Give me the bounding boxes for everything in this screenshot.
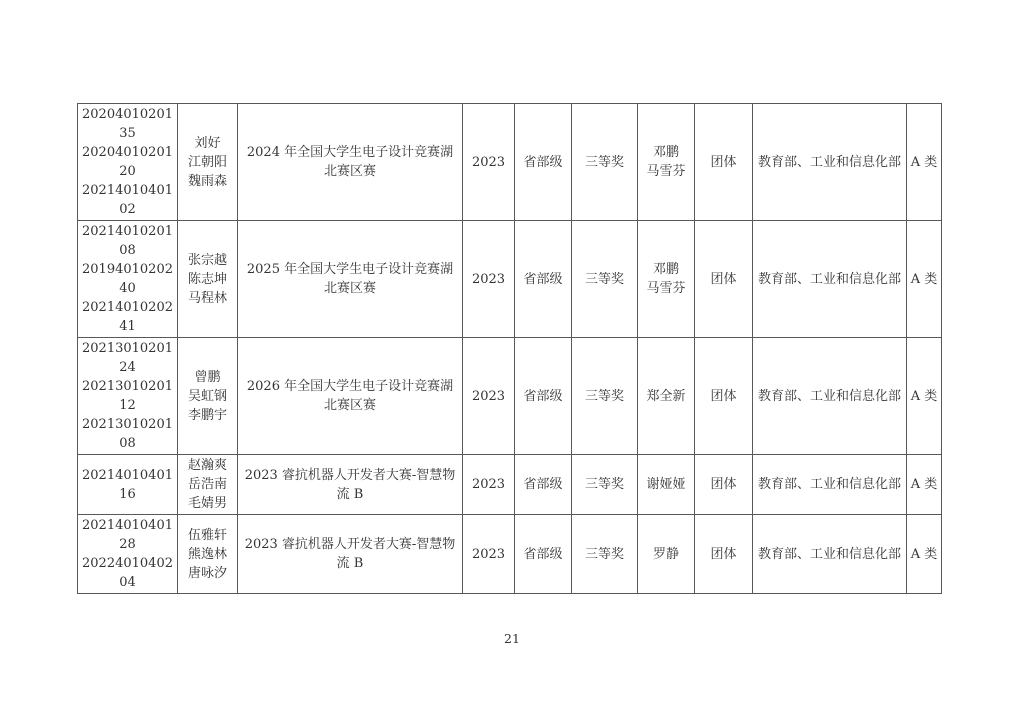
cell-organizer: 教育部、工业和信息化部 [753, 455, 907, 515]
cell-student-names: 张宗越 陈志坤 马程林 [178, 221, 238, 338]
cell-student-names: 伍雅轩 熊逸林 唐咏汐 [178, 515, 238, 594]
cell-group-type: 团体 [695, 338, 753, 455]
cell-organizer: 教育部、工业和信息化部 [753, 515, 907, 594]
cell-group-type: 团体 [695, 104, 753, 221]
cell-student-ids: 2021301020124 2021301020112 202130102010… [78, 338, 178, 455]
page-number: 21 [0, 631, 1024, 646]
cell-competition-name: 2023 睿抗机器人开发者大赛-智慧物流 B [238, 515, 463, 594]
awards-table: 2020401020135 2020401020120 202140104010… [77, 103, 942, 594]
cell-year: 2023 [463, 104, 515, 221]
cell-award: 三等奖 [572, 221, 638, 338]
cell-organizer: 教育部、工业和信息化部 [753, 104, 907, 221]
cell-competition-name: 2025 年全国大学生电子设计竞赛湖北赛区赛 [238, 221, 463, 338]
cell-year: 2023 [463, 455, 515, 515]
cell-advisors: 郑全新 [638, 338, 695, 455]
table-row: 2020401020135 2020401020120 202140104010… [78, 104, 942, 221]
cell-category: A 类 [907, 515, 942, 594]
cell-level: 省部级 [515, 338, 572, 455]
cell-advisors: 邓鹏 马雪芬 [638, 104, 695, 221]
cell-level: 省部级 [515, 221, 572, 338]
cell-group-type: 团体 [695, 515, 753, 594]
cell-advisors: 谢娅娅 [638, 455, 695, 515]
cell-award: 三等奖 [572, 338, 638, 455]
cell-student-ids: 2020401020135 2020401020120 202140104010… [78, 104, 178, 221]
cell-student-names: 曾鹏 吴虹钢 李鹏宇 [178, 338, 238, 455]
table-row: 2021401020108 2019401020240 202140102024… [78, 221, 942, 338]
cell-competition-name: 2026 年全国大学生电子设计竞赛湖北赛区赛 [238, 338, 463, 455]
document-page: 2020401020135 2020401020120 202140104010… [0, 0, 1024, 723]
cell-advisors: 邓鹏 马雪芬 [638, 221, 695, 338]
cell-level: 省部级 [515, 515, 572, 594]
cell-level: 省部级 [515, 104, 572, 221]
cell-student-names: 刘好 江朝阳 魏雨森 [178, 104, 238, 221]
table-row: 2021401040128 2022401040204 伍雅轩 熊逸林 唐咏汐 … [78, 515, 942, 594]
cell-category: A 类 [907, 104, 942, 221]
cell-organizer: 教育部、工业和信息化部 [753, 221, 907, 338]
cell-award: 三等奖 [572, 515, 638, 594]
cell-competition-name: 2024 年全国大学生电子设计竞赛湖北赛区赛 [238, 104, 463, 221]
cell-category: A 类 [907, 455, 942, 515]
cell-organizer: 教育部、工业和信息化部 [753, 338, 907, 455]
cell-year: 2023 [463, 338, 515, 455]
cell-year: 2023 [463, 221, 515, 338]
cell-category: A 类 [907, 221, 942, 338]
cell-competition-name: 2023 睿抗机器人开发者大赛-智慧物流 B [238, 455, 463, 515]
cell-level: 省部级 [515, 455, 572, 515]
cell-year: 2023 [463, 515, 515, 594]
cell-award: 三等奖 [572, 455, 638, 515]
cell-group-type: 团体 [695, 455, 753, 515]
cell-category: A 类 [907, 338, 942, 455]
table-row: 2021401040116 赵瀚爽 岳浩南 毛婧男 2023 睿抗机器人开发者大… [78, 455, 942, 515]
cell-student-ids: 2021401040116 [78, 455, 178, 515]
cell-student-names: 赵瀚爽 岳浩南 毛婧男 [178, 455, 238, 515]
cell-award: 三等奖 [572, 104, 638, 221]
cell-student-ids: 2021401040128 2022401040204 [78, 515, 178, 594]
cell-group-type: 团体 [695, 221, 753, 338]
cell-student-ids: 2021401020108 2019401020240 202140102024… [78, 221, 178, 338]
table-row: 2021301020124 2021301020112 202130102010… [78, 338, 942, 455]
cell-advisors: 罗静 [638, 515, 695, 594]
